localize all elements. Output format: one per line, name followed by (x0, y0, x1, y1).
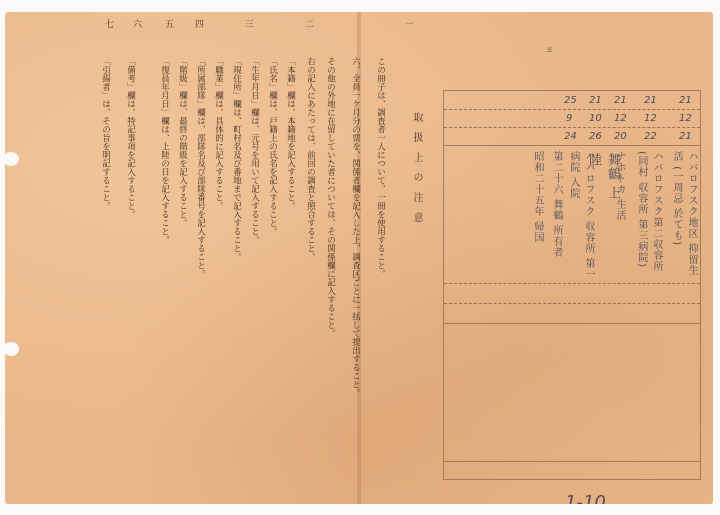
punch-hole (5, 152, 19, 166)
handwritten-entry: ハバロフスク 収容所 第一病院 入院 (566, 151, 596, 281)
handwritten-entry: 第二十六 舞鶴 所有者 (549, 151, 564, 281)
form-mark: ㄓ (545, 42, 554, 55)
paragraph: 「復員年月日」欄は、上陸の日を記入すること。 (159, 57, 170, 412)
date-year: 21 (614, 95, 627, 106)
item-marker: 四 (195, 17, 204, 30)
date-day: 22 (644, 131, 657, 142)
item-marker: 七 (105, 17, 114, 30)
paragraph: 「生年月日」欄は、元号を用いて記入すること。 (249, 57, 260, 412)
item-marker: 五 (165, 17, 174, 30)
paragraph: 「本籍」欄は、本籍地を記入すること。 (285, 57, 296, 412)
handwritten-entry: 昭和二十五年 帰国 (530, 151, 545, 281)
date-month: 12 (644, 113, 657, 124)
date-day: 26 (589, 131, 602, 142)
date-day: 20 (614, 131, 627, 142)
paragraph: 「階級」欄は、最終の階級を記入すること。 (177, 57, 188, 412)
date-month: 10 (589, 113, 602, 124)
section-number: 一 (405, 17, 414, 30)
section-title: 取扱上の注意 (409, 112, 424, 232)
record-form: 21 21 21 21 25 12 12 12 10 9 21 22 20 26… (443, 90, 701, 480)
date-month: 12 (679, 113, 692, 124)
item-marker: 三 (245, 17, 254, 30)
paragraph: 右の記入にあたっては、前回の調査と照合すること。 (305, 57, 316, 412)
paragraph: 「職業」欄は、具体的に記入すること。 (213, 57, 224, 412)
item-marker: 二 (305, 17, 314, 30)
paragraph: 「備考」欄は、特記事項を記入すること。 (125, 57, 136, 412)
paragraph: 「氏名」欄は、戸籍上の氏名を記入すること。 (267, 57, 278, 412)
date-year: 21 (589, 95, 602, 106)
paragraph: この冊子は、調査者一人について、一冊を使用すること。 (375, 57, 386, 412)
date-day: 24 (564, 131, 577, 142)
paragraph: 「引揚者」は、その旨を明記すること。 (100, 57, 111, 412)
handwritten-entry: ハバロフスク第二収容所 (同村 収容所 第三病院) (634, 151, 664, 281)
date-year: 21 (644, 95, 657, 106)
paragraph: その他の外地に在留していた者については、その関係欄に記入すること。 (325, 57, 336, 412)
item-marker: 六 (133, 17, 142, 30)
paragraph: 「現住所」欄は、町村名及び番地まで記入すること。 (231, 57, 242, 412)
date-day: 21 (679, 131, 692, 142)
paragraph: 「所属部隊」欄は、部隊名及び部隊番号を記入すること。 (195, 57, 206, 412)
paragraph: 六、全員一ケ月分の票を、関係者欄を記入した上、調査区ごとに一括して提出すること。 (350, 57, 361, 412)
document-sheet: 一 取扱上の注意 この冊子は、調査者一人について、一冊を使用すること。 六、全員… (5, 12, 713, 504)
date-year: 25 (564, 95, 577, 106)
date-year: 21 (679, 95, 692, 106)
date-month: 12 (614, 113, 627, 124)
handwritten-entry: ハバロフスク地区 抑留生活 (一周忌 於ても) (669, 151, 699, 281)
date-month: 9 (566, 113, 572, 124)
page-number: 1-10 (565, 492, 606, 504)
punch-hole (5, 342, 19, 356)
